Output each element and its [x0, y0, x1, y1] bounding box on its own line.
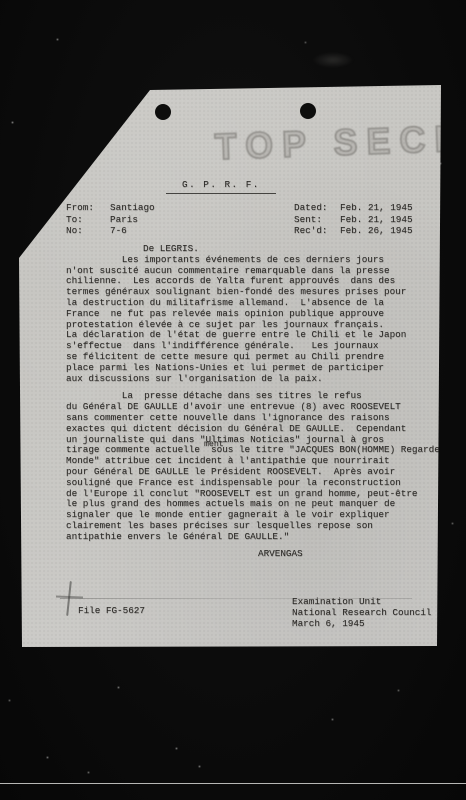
body-paragraph-2-wrap: La presse détache dans ses titres le ref…	[66, 391, 444, 542]
film-smudge	[312, 52, 354, 68]
dates-block: Dated: Feb. 21, 1945 Sent: Feb. 21, 1945…	[294, 202, 413, 237]
file-number: File FG-5627	[78, 606, 145, 617]
number-value: 7-6	[110, 225, 127, 237]
body-paragraph-2: La presse détache dans ses titres le ref…	[66, 391, 444, 542]
footer-unit: Examination Unit	[292, 596, 431, 607]
received-label: Rec'd:	[294, 225, 340, 237]
sent-value: Feb. 21, 1945	[340, 214, 413, 226]
from-value: Santiago	[110, 202, 155, 214]
dated-value: Feb. 21, 1945	[340, 202, 413, 214]
page-title: G. P. R. F.	[166, 180, 276, 194]
from-label: From:	[66, 202, 110, 214]
routing-block: From: Santiago To: Paris No: 7-6	[66, 202, 155, 237]
received-value: Feb. 26, 1945	[340, 225, 413, 237]
film-scratch-line	[0, 783, 466, 784]
meta-row-sent: Sent: Feb. 21, 1945	[294, 214, 413, 226]
top-secret-stamp: TOP SECR	[214, 116, 466, 169]
to-label: To:	[66, 214, 110, 226]
punch-hole-right	[300, 103, 316, 119]
footer-date: March 6, 1945	[292, 618, 431, 629]
dated-label: Dated:	[294, 202, 340, 214]
meta-row-to: To: Paris	[66, 214, 155, 226]
microfilm-background: TOP SECR G. P. R. F. From: Santiago To: …	[0, 0, 466, 800]
meta-row-received: Rec'd: Feb. 26, 1945	[294, 225, 413, 237]
meta-row-number: No: 7-6	[66, 225, 155, 237]
punch-hole-left	[155, 104, 171, 120]
film-dust-speckles	[0, 0, 1, 1]
footer-organization: National Research Council	[292, 607, 431, 618]
sent-label: Sent:	[294, 214, 340, 226]
examination-unit-block: Examination Unit National Research Counc…	[292, 596, 431, 630]
document-paper: TOP SECR G. P. R. F. From: Santiago To: …	[18, 85, 442, 647]
signature: ARVENGAS	[258, 549, 444, 560]
message-body: De LEGRIS. Les importants événements de …	[66, 244, 444, 559]
body-paragraph-1: Les importants événements de ces dernier…	[66, 255, 444, 385]
meta-row-from: From: Santiago	[66, 202, 155, 214]
number-label: No:	[66, 225, 110, 237]
typed-insertion: ment	[204, 440, 224, 451]
meta-row-dated: Dated: Feb. 21, 1945	[294, 202, 413, 214]
to-value: Paris	[110, 214, 138, 226]
